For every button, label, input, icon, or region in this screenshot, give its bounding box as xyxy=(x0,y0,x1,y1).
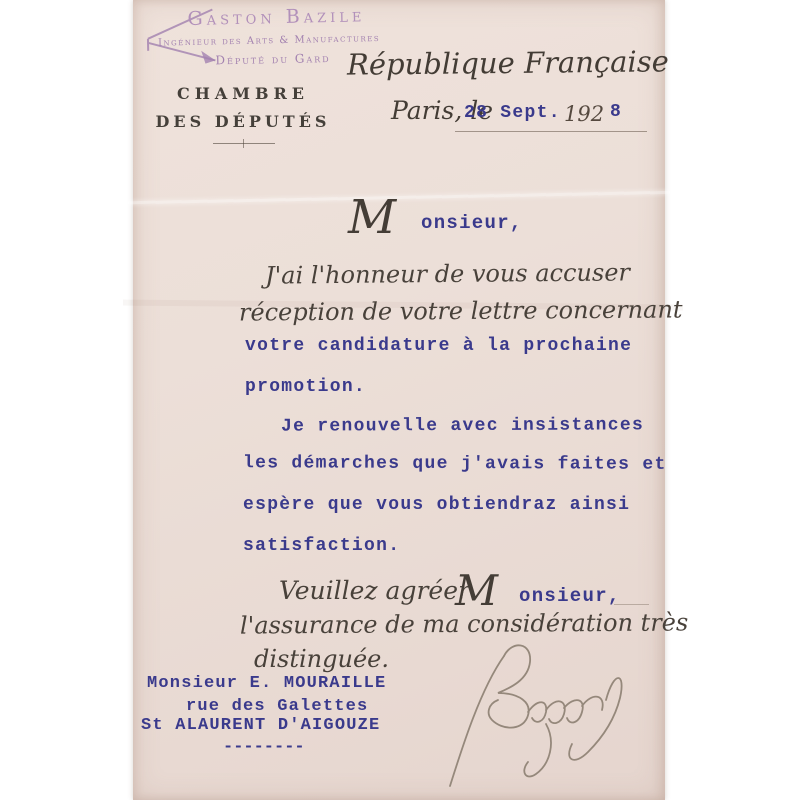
para2-line-4: satisfaction. xyxy=(243,536,400,556)
chamber-line-2: DES DÉPUTÉS xyxy=(143,112,343,131)
recipient-line-1: Monsieur E. MOURAILLE xyxy=(147,674,386,693)
crease-1 xyxy=(123,191,683,205)
paper: Gaston Bazile Ingénieur des Arts & Manuf… xyxy=(133,0,665,800)
closing-script-line-1: Veuillez agréer xyxy=(279,576,470,605)
salutation-initial: M xyxy=(348,190,396,245)
chamber-line-1: CHAMBRE xyxy=(143,84,343,103)
stamp-title-2: Député du Gard xyxy=(215,51,330,67)
date-typed: 28 Sept. xyxy=(464,103,561,123)
chamber-heading: CHAMBRE DES DÉPUTÉS xyxy=(143,84,343,131)
para1-script-line-1: J'ai l'honneur de vous accuser xyxy=(265,258,630,289)
closing-underline xyxy=(614,604,649,605)
para2-line-2: les démarches que j'avais faites et xyxy=(243,453,667,474)
recipient-line-2: rue des Galettes xyxy=(186,697,368,716)
closing-initial: M xyxy=(455,566,498,615)
para2-line-1: Je renouvelle avec insistances xyxy=(281,415,644,436)
para1-typed-line-1: votre candidature à la prochaine xyxy=(245,336,632,356)
closing-script-line-3: distinguée. xyxy=(254,645,389,673)
closing-script-line-2: l'assurance de ma considération très xyxy=(240,608,688,639)
recipient-line-3: St ALAURENT D'AIGOUZE xyxy=(141,716,380,735)
signature-scrawl xyxy=(428,638,668,793)
date-underline xyxy=(455,131,647,132)
republic-script: République Française xyxy=(347,44,669,81)
letter-scan: Gaston Bazile Ingénieur des Arts & Manuf… xyxy=(0,0,800,800)
closing-typed: onsieur, xyxy=(519,585,621,607)
chamber-rule-tick xyxy=(243,139,244,148)
date-year-digit: 8 xyxy=(610,102,622,122)
para1-typed-line-2: promotion. xyxy=(245,377,366,397)
date-year-printed: 192 xyxy=(564,102,604,126)
recipient-separator: -------- xyxy=(223,738,305,757)
para2-line-3: espère que vous obtiendraz ainsi xyxy=(243,495,630,515)
stamp-name: Gaston Bazile xyxy=(187,4,365,30)
para1-script-line-2: réception de votre lettre concernant xyxy=(239,295,683,326)
salutation-typed: onsieur, xyxy=(421,212,523,234)
chamber-rule xyxy=(213,143,275,144)
